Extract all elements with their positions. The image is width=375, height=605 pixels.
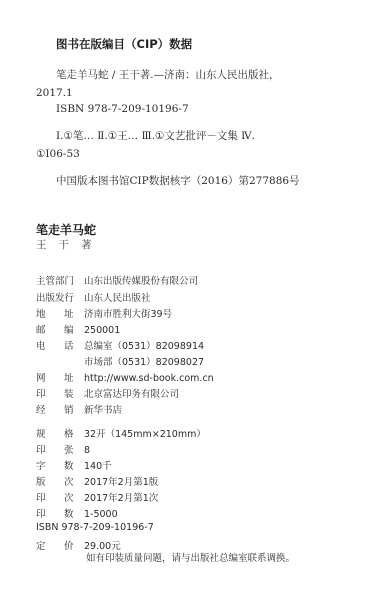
- info-row: 经销新华书店: [36, 402, 122, 416]
- info-value: http://www.sd-book.com.cn: [84, 373, 214, 384]
- info-label: 印装: [36, 386, 84, 400]
- info-label: 规格: [36, 426, 84, 440]
- info-label: 印次: [36, 490, 84, 504]
- cip-approval-number: 中国版本图书馆CIP数据核字（2016）第277886号: [56, 173, 300, 188]
- info-value: 总编室（0531）82098914: [84, 341, 204, 352]
- info-row: 邮编250001: [36, 322, 120, 336]
- book-author: 王干著: [36, 237, 104, 252]
- info-row: 电话总编室（0531）82098914: [36, 338, 204, 352]
- cip-heading: 图书在版编目（CIP）数据: [56, 36, 192, 52]
- info-row: 出版发行山东人民出版社: [36, 290, 151, 304]
- info-row: 版次2017年2月第1版: [36, 474, 158, 488]
- info-value: 新华书店: [84, 405, 122, 416]
- info-value: 978-7-209-10196-7: [61, 522, 153, 533]
- info-value: 济南市胜利大街39号: [84, 309, 172, 320]
- info-label: ISBN: [36, 522, 58, 533]
- info-label: 经销: [36, 402, 84, 416]
- info-value: 250001: [84, 325, 120, 336]
- info-value: 市场部（0531）82098027: [84, 357, 204, 368]
- info-label: 定价: [36, 538, 84, 552]
- info-value: 32开（145mm×210mm）: [84, 429, 206, 440]
- info-label: 邮编: [36, 322, 84, 336]
- info-row: 网址http://www.sd-book.com.cn: [36, 370, 214, 384]
- info-label: 地址: [36, 306, 84, 320]
- info-label: 电话: [36, 338, 84, 352]
- info-label: 主管部门: [36, 273, 84, 287]
- info-value: 8: [84, 445, 90, 456]
- info-row: ISBN978-7-209-10196-7: [36, 522, 154, 533]
- book-title: 笔走羊马蛇: [36, 221, 96, 238]
- cip-bibliographic-line: 笔走羊马蛇 / 王干著.—济南：山东人民出版社，: [56, 67, 280, 82]
- info-row: 印数1-5000: [36, 506, 118, 520]
- info-row: 印次2017年2月第1次: [36, 490, 158, 504]
- info-value: 2017年2月第1版: [84, 477, 158, 488]
- info-value: 北京富达印务有限公司: [84, 389, 179, 400]
- info-row: 印张8: [36, 442, 90, 456]
- info-row: 地址济南市胜利大街39号: [36, 306, 172, 320]
- info-value: 山东出版传媒股份有限公司: [84, 276, 198, 287]
- info-label: 网址: [36, 370, 84, 384]
- info-row: 字数140千: [36, 458, 112, 472]
- info-label: 字数: [36, 458, 84, 472]
- info-row: 规格32开（145mm×210mm）: [36, 426, 206, 440]
- info-label: 印张: [36, 442, 84, 456]
- info-row: 印装北京富达印务有限公司: [36, 386, 179, 400]
- info-value: 140千: [84, 461, 112, 472]
- info-row: 主管部门山东出版传媒股份有限公司: [36, 273, 198, 287]
- cip-bibliographic-year: 2017.1: [36, 87, 73, 99]
- info-row: 市场部（0531）82098027: [36, 354, 204, 368]
- info-value: 2017年2月第1次: [84, 493, 158, 504]
- info-value: 山东人民出版社: [84, 293, 151, 304]
- info-value: 1-5000: [84, 509, 118, 520]
- info-label: 印数: [36, 506, 84, 520]
- cip-isbn: ISBN 978-7-209-10196-7: [56, 103, 189, 115]
- quality-notice: 如有印装质量问题，请与出版社总编室联系调换。: [86, 550, 295, 564]
- info-label: [36, 357, 84, 368]
- cip-classification: Ⅰ.①笔… Ⅱ.①王… Ⅲ.①文艺批评－文集 Ⅳ.: [56, 128, 255, 143]
- info-label: 出版发行: [36, 290, 84, 304]
- info-label: 版次: [36, 474, 84, 488]
- cip-classification-code: ①I06-53: [36, 148, 80, 160]
